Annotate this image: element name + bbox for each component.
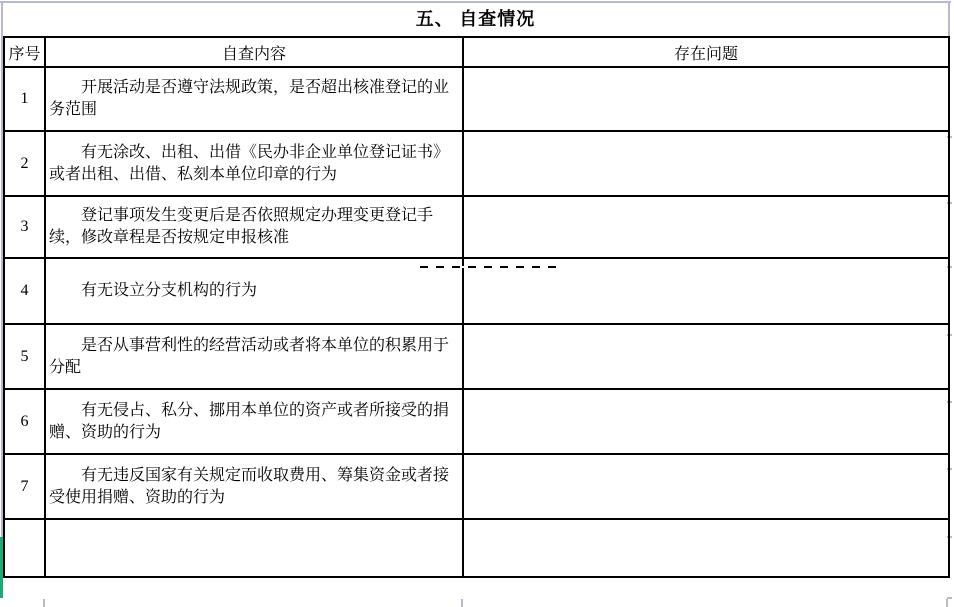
content-text: 有无侵占、私分、挪用本单位的资产或者所接受的捐赠、资助的行为 — [49, 400, 459, 444]
row-number-cell: 7 — [4, 454, 45, 519]
content-text: 开展活动是否遵守法规政策，是否超出核准登记的业务范围 — [49, 77, 459, 121]
header-serial-number: 序号 — [4, 37, 45, 67]
content-cell: 是否从事营利性的经营活动或者将本单位的积累用于分配 — [45, 324, 463, 389]
gridline-stub — [461, 599, 463, 607]
self-inspection-table: 序号 自查内容 存在问题 1 开展活动是否遵守法规政策，是否超出核准登记的业务范… — [3, 36, 950, 578]
content-cell: 登记事项发生变更后是否依照规定办理变更登记手续，修改章程是否按规定申报核准 — [45, 196, 463, 258]
content-text: 有无涂改、出租、出借《民办非企业单位登记证书》或者出租、出借、私刻本单位印章的行… — [49, 142, 459, 186]
table-row: 6 有无侵占、私分、挪用本单位的资产或者所接受的捐赠、资助的行为 — [4, 389, 949, 454]
content-text: 登记事项发生变更后是否依照规定办理变更登记手续，修改章程是否按规定申报核准 — [49, 205, 459, 249]
header-row: 序号 自查内容 存在问题 — [4, 37, 949, 67]
problem-cell[interactable] — [463, 454, 949, 519]
problem-cell[interactable] — [463, 131, 949, 196]
content-cell: 有无违反国家有关规定而收取费用、筹集资金或者接受使用捐赠、资助的行为 — [45, 454, 463, 519]
table-row: 5 是否从事营利性的经营活动或者将本单位的积累用于分配 — [4, 324, 949, 389]
content-cell: 开展活动是否遵守法规政策，是否超出核准登记的业务范围 — [45, 67, 463, 131]
content-text: 有无违反国家有关规定而收取费用、筹集资金或者接受使用捐赠、资助的行为 — [49, 465, 459, 509]
content-text: 有无设立分支机构的行为 — [49, 280, 459, 302]
document-page: 五、 自查情况 序号 自查内容 存在问题 1 开展活动是否遵守法规政策，是否超出… — [0, 0, 954, 607]
table-row: 2 有无涂改、出租、出借《民办非企业单位登记证书》或者出租、出借、私刻本单位印章… — [4, 131, 949, 196]
gridline-stub — [43, 599, 45, 607]
row-number-cell: 5 — [4, 324, 45, 389]
problem-cell[interactable] — [463, 324, 949, 389]
gridline-stub — [946, 599, 948, 607]
table-row-empty — [4, 519, 949, 577]
section-title: 五、 自查情况 — [3, 2, 948, 36]
header-existing-problems: 存在问题 — [463, 37, 949, 67]
content-cell: 有无涂改、出租、出借《民办非企业单位登记证书》或者出租、出借、私刻本单位印章的行… — [45, 131, 463, 196]
row-number-cell[interactable] — [4, 519, 45, 577]
table-row: 3 登记事项发生变更后是否依照规定办理变更登记手续，修改章程是否按规定申报核准 — [4, 196, 949, 258]
content-text: 是否从事营利性的经营活动或者将本单位的积累用于分配 — [49, 335, 459, 379]
content-cell[interactable] — [45, 519, 463, 577]
problem-cell[interactable] — [463, 519, 949, 577]
header-inspection-content: 自查内容 — [45, 37, 463, 67]
table-row: 1 开展活动是否遵守法规政策，是否超出核准登记的业务范围 — [4, 67, 949, 131]
row-number-cell: 2 — [4, 131, 45, 196]
content-cell: 有无侵占、私分、挪用本单位的资产或者所接受的捐赠、资助的行为 — [45, 389, 463, 454]
row-number-cell: 6 — [4, 389, 45, 454]
problem-cell[interactable] — [463, 389, 949, 454]
row-number-cell: 1 — [4, 67, 45, 131]
problem-cell[interactable] — [463, 196, 949, 258]
problem-cell[interactable] — [463, 67, 949, 131]
content-cell: 有无设立分支机构的行为 — [45, 258, 463, 324]
row-number-cell: 3 — [4, 196, 45, 258]
page-break-line — [420, 266, 562, 268]
row-number-cell: 4 — [4, 258, 45, 324]
table-row: 7 有无违反国家有关规定而收取费用、筹集资金或者接受使用捐赠、资助的行为 — [4, 454, 949, 519]
